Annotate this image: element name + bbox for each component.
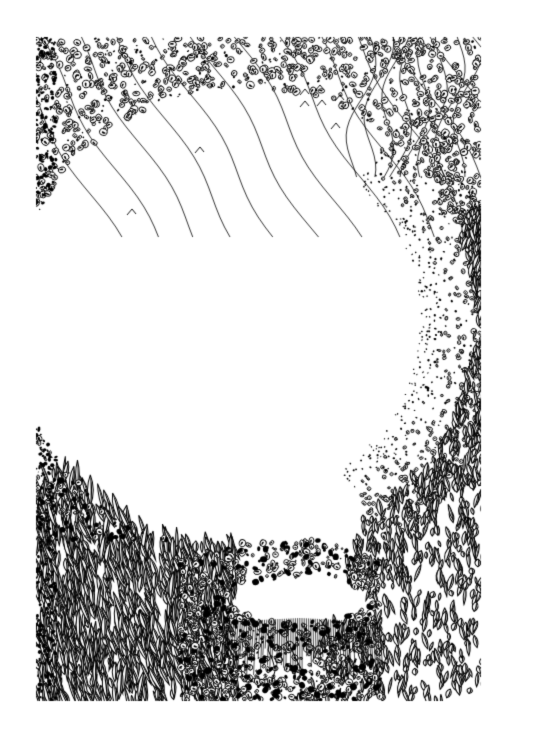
ink-illustration bbox=[0, 0, 533, 754]
